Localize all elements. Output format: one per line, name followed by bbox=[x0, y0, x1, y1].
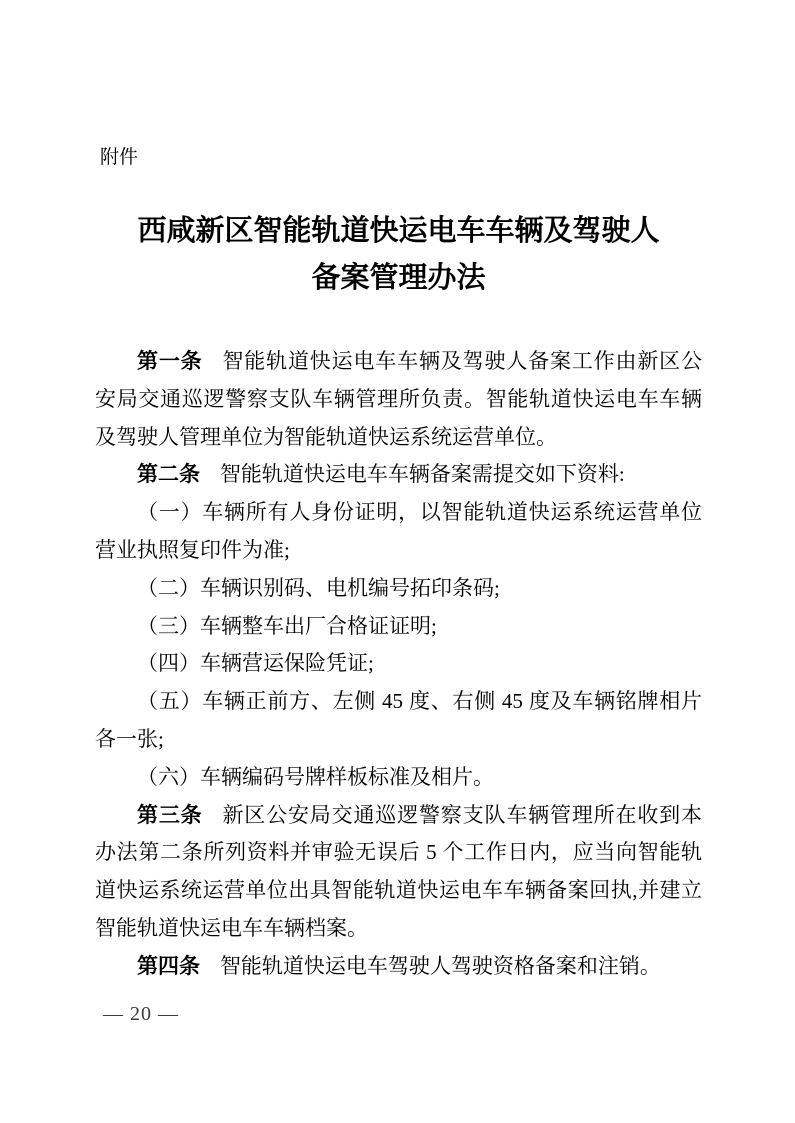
article-paragraph: 第三条新区公安局交通巡逻警察支队车辆管理所在收到本办法第二条所列资料并审验无误后… bbox=[95, 797, 702, 948]
paragraph-text: 智能轨道快运电车车辆备案需提交如下资料: bbox=[220, 462, 625, 486]
paragraph-text: 智能轨道快运电车驾驶人驾驶资格备案和注销。 bbox=[220, 954, 661, 978]
title-line-2: 备案管理办法 bbox=[95, 255, 702, 302]
paragraph-text: （四）车辆营运保险凭证; bbox=[137, 651, 374, 675]
article-number: 第四条 bbox=[137, 955, 200, 978]
article-paragraph: 第一条智能轨道快运电车车辆及驾驶人备案工作由新区公安局交通巡逻警察支队车辆管理所… bbox=[95, 343, 702, 456]
paragraph-text: （六）车辆编码号牌样板标准及相片。 bbox=[137, 765, 494, 789]
article-paragraph: 第二条智能轨道快运电车车辆备案需提交如下资料: bbox=[95, 456, 702, 494]
article-number: 第二条 bbox=[137, 463, 200, 486]
list-item-paragraph: （四）车辆营运保险凭证; bbox=[95, 645, 702, 683]
paragraph-text: （二）车辆识别码、电机编号拓印条码; bbox=[137, 576, 500, 600]
attachment-label: 附件 bbox=[100, 146, 138, 169]
list-item-paragraph: （五）车辆正前方、左侧 45 度、右侧 45 度及车辆铭牌相片各一张; bbox=[95, 683, 702, 759]
list-item-paragraph: （六）车辆编码号牌样板标准及相片。 bbox=[95, 759, 702, 797]
paragraph-text: （一）车辆所有人身份证明，以智能轨道快运系统运营单位营业执照复印件为准; bbox=[95, 500, 702, 562]
article-number: 第一条 bbox=[137, 350, 203, 373]
list-item-paragraph: （二）车辆识别码、电机编号拓印条码; bbox=[95, 570, 702, 608]
page-number: — 20 — bbox=[103, 1002, 179, 1026]
list-item-paragraph: （一）车辆所有人身份证明，以智能轨道快运系统运营单位营业执照复印件为准; bbox=[95, 494, 702, 570]
paragraph-text: （五）车辆正前方、左侧 45 度、右侧 45 度及车辆铭牌相片各一张; bbox=[95, 689, 702, 751]
list-item-paragraph: （三）车辆整车出厂合格证证明; bbox=[95, 608, 702, 646]
article-paragraph: 第四条智能轨道快运电车驾驶人驾驶资格备案和注销。 bbox=[95, 948, 702, 986]
document-title: 西咸新区智能轨道快运电车车辆及驾驶人 备案管理办法 bbox=[95, 208, 702, 302]
document-body: 第一条智能轨道快运电车车辆及驾驶人备案工作由新区公安局交通巡逻警察支队车辆管理所… bbox=[95, 343, 702, 986]
article-number: 第三条 bbox=[137, 804, 203, 827]
title-line-1: 西咸新区智能轨道快运电车车辆及驾驶人 bbox=[95, 208, 702, 255]
document-page: 附件 西咸新区智能轨道快运电车车辆及驾驶人 备案管理办法 第一条智能轨道快运电车… bbox=[0, 0, 795, 1123]
paragraph-text: （三）车辆整车出厂合格证证明; bbox=[137, 614, 437, 638]
